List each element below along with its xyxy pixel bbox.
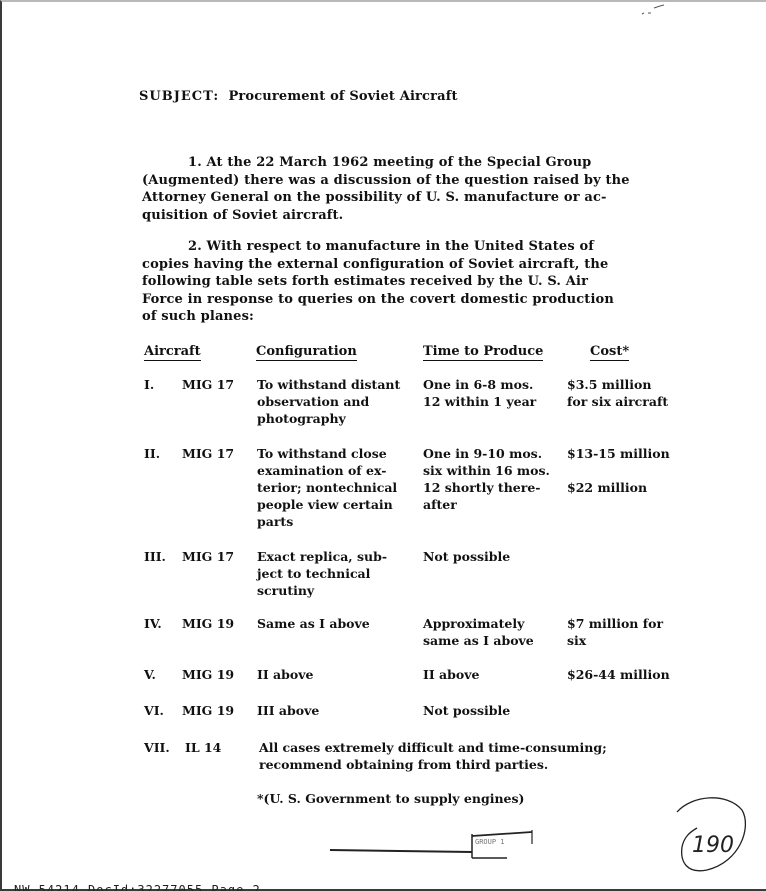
cell-line: people view certain bbox=[257, 496, 397, 513]
paragraph-line: of such planes: bbox=[142, 308, 632, 326]
row-number: V. bbox=[144, 666, 156, 683]
cell-line: All cases extremely difficult and time-c… bbox=[259, 739, 607, 756]
row-configuration: II above bbox=[257, 666, 313, 683]
cell-line: To withstand distant bbox=[257, 376, 400, 393]
svg-text:190: 190 bbox=[692, 833, 734, 858]
cell-line: One in 6-8 mos. bbox=[423, 376, 536, 393]
cell-line: $7 million for bbox=[567, 615, 663, 632]
cell-line: Approximately bbox=[423, 615, 534, 632]
row-aircraft: MIG 17 bbox=[182, 445, 234, 462]
cell-line: six bbox=[567, 632, 663, 649]
cell-line: ject to technical bbox=[257, 565, 387, 582]
row-aircraft: MIG 17 bbox=[182, 376, 234, 393]
cell-line: To withstand close bbox=[257, 445, 397, 462]
cell-line: photography bbox=[257, 410, 400, 427]
row-time: Not possible bbox=[423, 702, 510, 719]
row-time: One in 9-10 mos. six within 16 mos. 12 s… bbox=[423, 445, 550, 513]
classification-stamp bbox=[322, 828, 542, 868]
row-aircraft: IL 14 bbox=[185, 739, 221, 756]
row-cost: $3.5 million for six aircraft bbox=[567, 376, 668, 410]
cell-line: for six aircraft bbox=[567, 393, 668, 410]
cell-line: six within 16 mos. bbox=[423, 462, 550, 479]
cell-line: 12 within 1 year bbox=[423, 393, 536, 410]
cell-line: examination of ex- bbox=[257, 462, 397, 479]
row-cost: $26-44 million bbox=[567, 666, 670, 683]
cell-line: $3.5 million bbox=[567, 376, 668, 393]
cell-line: after bbox=[423, 496, 550, 513]
subject-line: SUBJECT: Procurement of Soviet Aircraft bbox=[139, 88, 458, 106]
paragraph-1: 1. At the 22 March 1962 meeting of the S… bbox=[142, 154, 632, 224]
cell-line: Same as I above bbox=[257, 615, 370, 632]
subject-text: Procurement of Soviet Aircraft bbox=[229, 89, 458, 104]
row-configuration: Exact replica, sub- ject to technical sc… bbox=[257, 548, 387, 599]
row-number: VII. bbox=[144, 739, 170, 756]
cell-line: Not possible bbox=[423, 548, 510, 565]
paragraph-line: 2. With respect to manufacture in the Un… bbox=[142, 238, 632, 256]
paragraph-line: following table sets forth estimates rec… bbox=[142, 273, 632, 291]
row-cost: $7 million for six bbox=[567, 615, 663, 649]
row-configuration: To withstand close examination of ex- te… bbox=[257, 445, 397, 530]
cell-line: $22 million bbox=[567, 479, 670, 496]
cell-line: 12 shortly there- bbox=[423, 479, 550, 496]
row-configuration: To withstand distant observation and pho… bbox=[257, 376, 400, 427]
document-page: SUBJECT: Procurement of Soviet Aircraft … bbox=[0, 0, 766, 891]
paragraph-line: Attorney General on the possibility of U… bbox=[142, 189, 632, 207]
row-number: III. bbox=[144, 548, 166, 565]
cell-line: recommend obtaining from third parties. bbox=[259, 756, 607, 773]
cell-line: $13-15 million bbox=[567, 445, 670, 462]
row-aircraft: MIG 17 bbox=[182, 548, 234, 565]
subject-label: SUBJECT: bbox=[139, 89, 219, 104]
row-time: Approximately same as I above bbox=[423, 615, 534, 649]
row-aircraft: MIG 19 bbox=[182, 615, 234, 632]
paragraph-line: Force in response to queries on the cove… bbox=[142, 291, 632, 309]
header-aircraft: Aircraft bbox=[144, 344, 201, 361]
handwritten-page-number: 190 bbox=[662, 792, 762, 877]
row-number: I. bbox=[144, 376, 154, 393]
paragraph-line: quisition of Soviet aircraft. bbox=[142, 207, 632, 225]
paragraph-line: copies having the external configuration… bbox=[142, 256, 632, 274]
stamp-text: GROUP 1 bbox=[475, 838, 505, 846]
row-time: Not possible bbox=[423, 548, 510, 565]
header-configuration: Configuration bbox=[256, 344, 357, 361]
cell-line: One in 9-10 mos. bbox=[423, 445, 550, 462]
row-configuration: Same as I above bbox=[257, 615, 370, 632]
row-aircraft: MIG 19 bbox=[182, 666, 234, 683]
row-number: IV. bbox=[144, 615, 162, 632]
header-time-to-produce: Time to Produce bbox=[423, 344, 543, 361]
cell-line: Exact replica, sub- bbox=[257, 548, 387, 565]
cell-line: same as I above bbox=[423, 632, 534, 649]
cell-line: terior; nontechnical bbox=[257, 479, 397, 496]
row-configuration: III above bbox=[257, 702, 319, 719]
cell-line: observation and bbox=[257, 393, 400, 410]
paragraph-line: 1. At the 22 March 1962 meeting of the S… bbox=[142, 154, 632, 172]
cell-line: parts bbox=[257, 513, 397, 530]
header-cost: Cost* bbox=[590, 344, 629, 361]
row-number: II. bbox=[144, 445, 160, 462]
cell-line bbox=[567, 462, 670, 479]
row-time: II above bbox=[423, 666, 479, 683]
row-cost: $13-15 million $22 million bbox=[567, 445, 670, 496]
row-time: One in 6-8 mos. 12 within 1 year bbox=[423, 376, 536, 410]
paragraph-2: 2. With respect to manufacture in the Un… bbox=[142, 238, 632, 326]
row-aircraft: MIG 19 bbox=[182, 702, 234, 719]
scan-mark bbox=[632, 4, 672, 18]
paragraph-line: (Augmented) there was a discussion of th… bbox=[142, 172, 632, 190]
footer-document-id: NW 54214 DocId:32277055 Page 2 bbox=[14, 884, 261, 891]
footnote: *(U. S. Government to supply engines) bbox=[257, 790, 524, 807]
cell-line: scrutiny bbox=[257, 582, 387, 599]
row-note: All cases extremely difficult and time-c… bbox=[259, 739, 607, 773]
row-number: VI. bbox=[144, 702, 164, 719]
